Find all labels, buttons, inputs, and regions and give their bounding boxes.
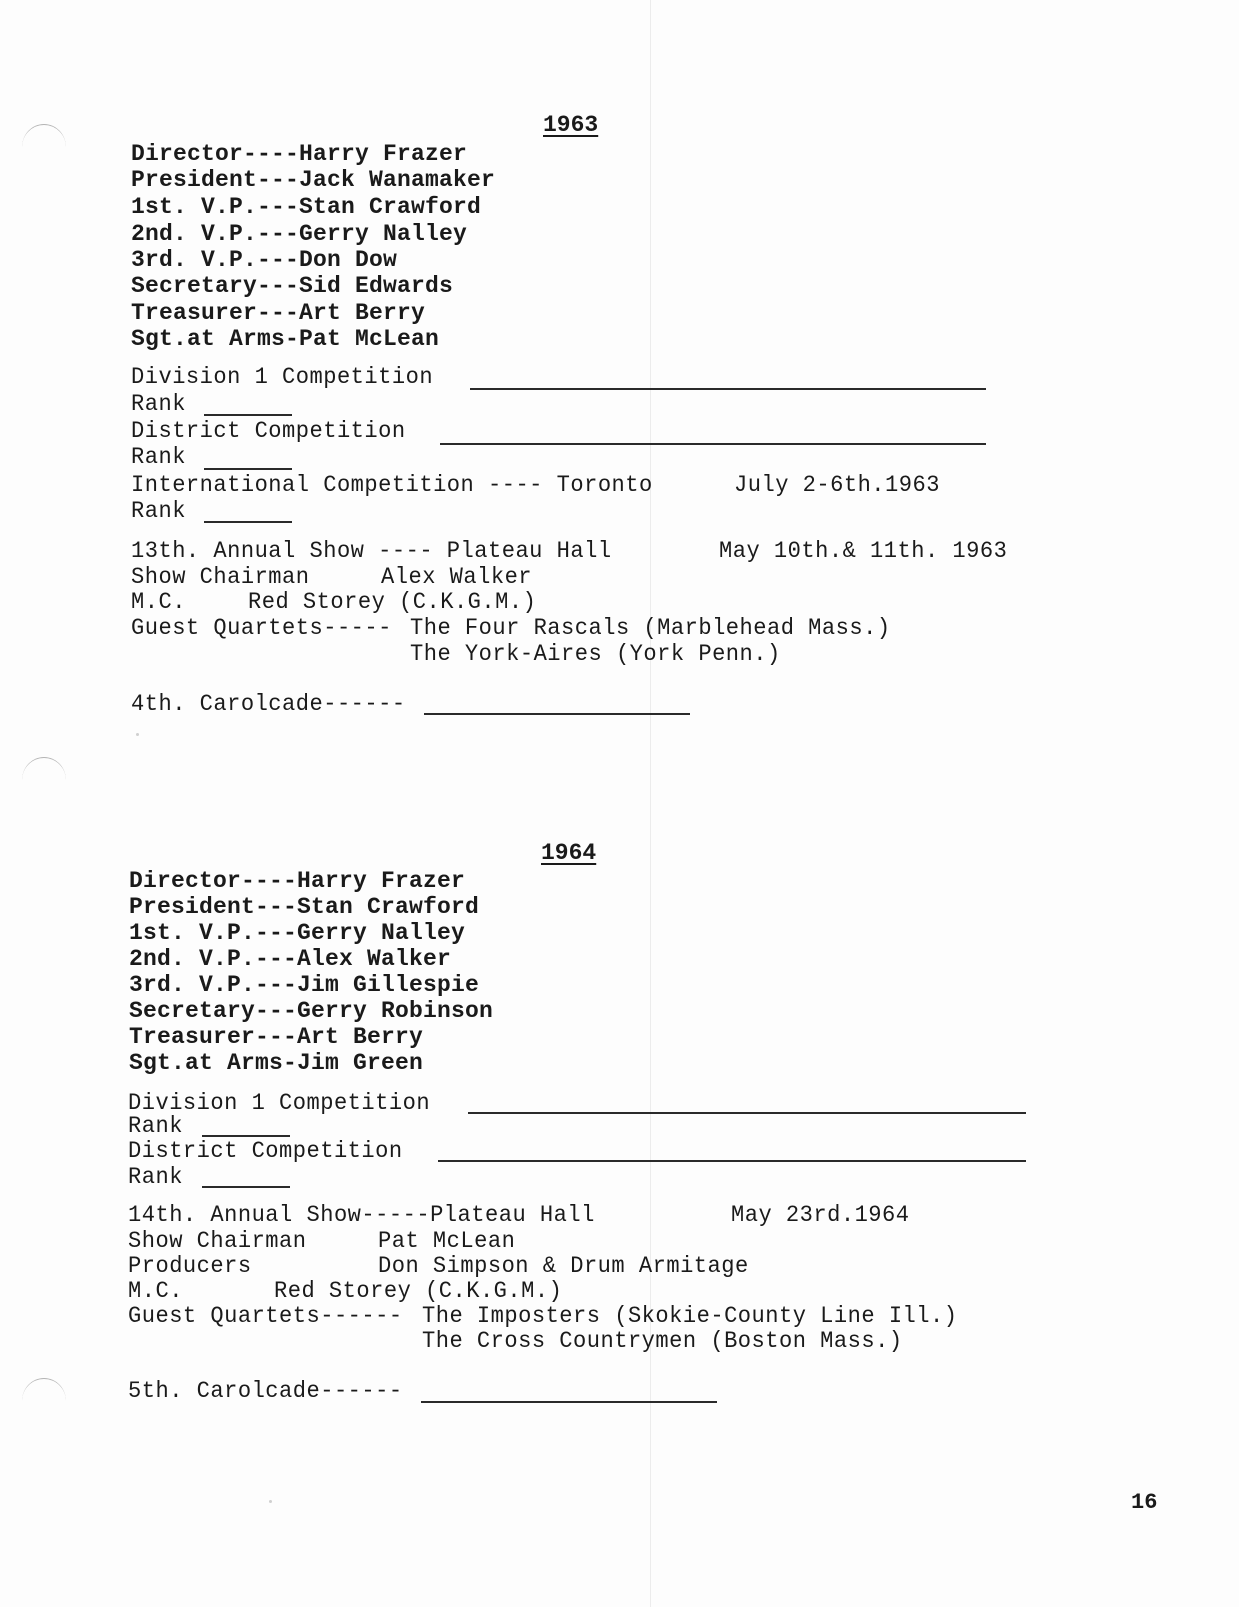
- officer-1st-vp: 1st. V.P.---Stan Crawford: [131, 194, 481, 220]
- carolcade-blank: [424, 713, 690, 715]
- district-competition-blank: [440, 443, 986, 445]
- division-rank-blank: [204, 414, 292, 416]
- district-rank-blank: [204, 468, 292, 470]
- officer-2nd-vp: 2nd. V.P.---Gerry Nalley: [131, 221, 467, 247]
- international-competition-label: International Competition ---- Toronto: [131, 472, 653, 498]
- officer-treasurer: Treasurer---Art Berry: [129, 1024, 423, 1050]
- producers-label: Producers: [128, 1253, 252, 1279]
- guest-quartet-2: The York-Aires (York Penn.): [410, 641, 781, 667]
- officer-sgt-at-arms: Sgt.at Arms-Jim Green: [129, 1050, 423, 1076]
- district-competition-label: District Competition: [128, 1138, 403, 1164]
- officer-director: Director----Harry Frazer: [131, 141, 467, 167]
- carolcade-blank: [421, 1401, 717, 1403]
- mc-name: Red Storey (C.K.G.M.): [274, 1278, 562, 1304]
- guest-quartet-1: The Imposters (Skokie-County Line Ill.): [422, 1303, 957, 1329]
- binder-hole-middle: [22, 757, 66, 780]
- division-rank-label: Rank: [128, 1113, 183, 1139]
- officer-1st-vp: 1st. V.P.---Gerry Nalley: [129, 920, 465, 946]
- officer-president: President---Stan Crawford: [129, 894, 479, 920]
- division-rank-blank: [202, 1135, 290, 1137]
- annual-show-title: 13th. Annual Show ---- Plateau Hall: [131, 538, 612, 564]
- guest-quartets-label: Guest Quartets------: [128, 1303, 403, 1329]
- carolcade-label: 5th. Carolcade------: [128, 1378, 403, 1404]
- division-competition-label: Division 1 Competition: [131, 364, 433, 390]
- guest-quartet-2: The Cross Countrymen (Boston Mass.): [422, 1328, 903, 1354]
- scan-speck: [136, 733, 139, 736]
- division-competition-blank: [468, 1112, 1026, 1114]
- officer-treasurer: Treasurer---Art Berry: [131, 300, 425, 326]
- show-chairman-name: Pat McLean: [378, 1228, 515, 1254]
- scan-speck: [269, 1500, 272, 1503]
- international-rank-label: Rank: [131, 498, 186, 524]
- show-chairman-label: Show Chairman: [131, 564, 310, 590]
- officer-president: President---Jack Wanamaker: [131, 167, 495, 193]
- international-competition-date: July 2-6th.1963: [734, 472, 940, 498]
- show-chairman-name: Alex Walker: [381, 564, 532, 590]
- mc-name: Red Storey (C.K.G.M.): [248, 589, 536, 615]
- guest-quartets-label: Guest Quartets-----: [131, 615, 392, 641]
- officer-3rd-vp: 3rd. V.P.---Jim Gillespie: [129, 972, 479, 998]
- mc-label: M.C.: [131, 589, 186, 615]
- district-rank-blank: [202, 1186, 290, 1188]
- annual-show-date: May 10th.& 11th. 1963: [719, 538, 1007, 564]
- producers-names: Don Simpson & Drum Armitage: [378, 1253, 749, 1279]
- document-page: 1963 Director----Harry Frazer President-…: [0, 0, 1239, 1607]
- carolcade-label: 4th. Carolcade------: [131, 691, 406, 717]
- officer-sgt-at-arms: Sgt.at Arms-Pat McLean: [131, 326, 439, 352]
- binder-hole-bottom: [22, 1378, 66, 1401]
- mc-label: M.C.: [128, 1278, 183, 1304]
- district-competition-blank: [438, 1160, 1026, 1162]
- binder-hole-top: [22, 124, 66, 147]
- annual-show-date: May 23rd.1964: [731, 1202, 910, 1228]
- officer-director: Director----Harry Frazer: [129, 868, 465, 894]
- year-heading-1963: 1963: [543, 112, 598, 138]
- division-rank-label: Rank: [131, 391, 186, 417]
- district-rank-label: Rank: [131, 444, 186, 470]
- officer-2nd-vp: 2nd. V.P.---Alex Walker: [129, 946, 451, 972]
- officer-secretary: Secretary---Gerry Robinson: [129, 998, 493, 1024]
- officer-3rd-vp: 3rd. V.P.---Don Dow: [131, 247, 397, 273]
- scan-crease: [650, 0, 651, 1607]
- division-competition-blank: [470, 388, 986, 390]
- district-rank-label: Rank: [128, 1164, 183, 1190]
- year-heading-1964: 1964: [541, 840, 596, 866]
- officer-secretary: Secretary---Sid Edwards: [131, 273, 453, 299]
- page-number: 16: [1131, 1490, 1157, 1515]
- annual-show-title: 14th. Annual Show-----Plateau Hall: [128, 1202, 595, 1228]
- district-competition-label: District Competition: [131, 418, 406, 444]
- international-rank-blank: [204, 521, 292, 523]
- show-chairman-label: Show Chairman: [128, 1228, 307, 1254]
- guest-quartet-1: The Four Rascals (Marblehead Mass.): [410, 615, 891, 641]
